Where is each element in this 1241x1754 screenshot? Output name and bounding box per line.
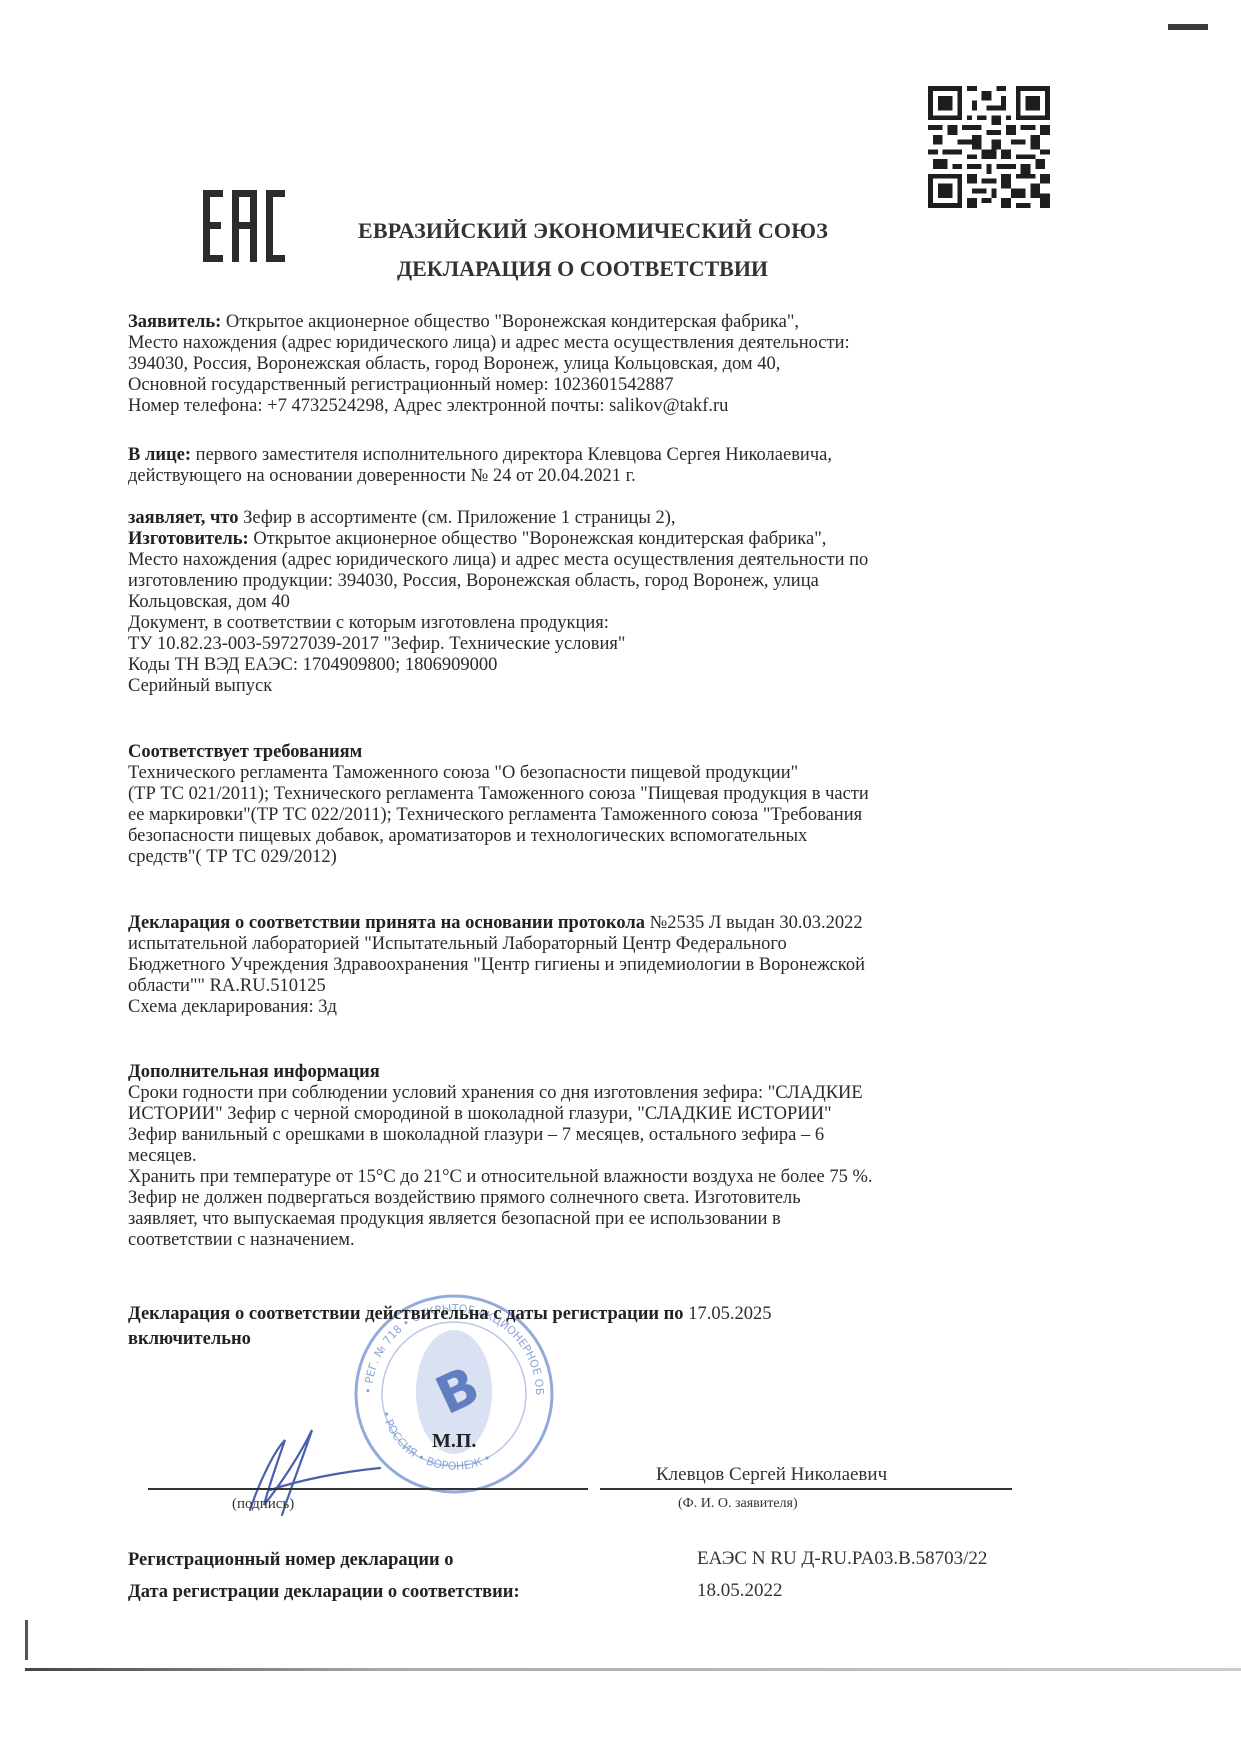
additional-info-section: Дополнительная информация Сроки годности… [128, 1062, 1088, 1251]
product-name: Зефир в ассортименте (см. Приложение 1 с… [239, 508, 676, 528]
qr-code-icon [928, 86, 1050, 208]
declaration-scheme: Схема декларирования: 3д [128, 997, 1088, 1018]
manufacturer-line: изготовлению продукции: 394030, Россия, … [128, 571, 1088, 592]
name-caption: (Ф. И. О. заявителя) [678, 1496, 798, 1512]
requirements-line: (ТР ТС 021/2011); Технического регламент… [128, 784, 1088, 805]
eac-logo-icon [203, 190, 285, 262]
additional-info-line: месяцев. [128, 1146, 1088, 1167]
additional-info-line: заявляет, что выпускаемая продукция явля… [128, 1209, 1088, 1230]
represented-by-text: первого заместителя исполнительного дире… [191, 445, 832, 465]
requirements-section: Соответствует требованиям Технического р… [128, 742, 1088, 868]
additional-info-line: соответствии с назначением. [128, 1230, 1088, 1251]
signature-line [148, 1488, 588, 1490]
applicant-contacts: Номер телефона: +7 4732524298, Адрес эле… [128, 396, 1088, 417]
applicant-label: Заявитель: [128, 312, 221, 332]
signature-caption: (подпись) [232, 1496, 294, 1513]
basis-section: Декларация о соответствии принята на осн… [128, 913, 1088, 1018]
requirements-line: безопасности пищевых добавок, ароматизат… [128, 826, 1088, 847]
applicant-ogrn: Основной государственный регистрационный… [128, 375, 1088, 396]
manufacturer-line: Документ, в соответствии с которым изгот… [128, 613, 1088, 634]
requirements-line: Технического регламента Таможенного союз… [128, 763, 1088, 784]
additional-info-line: Зефир не должен подвергаться воздействию… [128, 1188, 1088, 1209]
applicant-section: Заявитель: Открытое акционерное общество… [128, 312, 1088, 417]
basis-line: испытательной лабораторией "Испытательны… [128, 934, 1088, 955]
requirements-heading: Соответствует требованиям [128, 742, 1088, 763]
name-line [600, 1488, 1012, 1490]
validity-date: 17.05.2025 [684, 1304, 772, 1324]
additional-info-line: Зефир ванильный с орешками в шоколадной … [128, 1125, 1088, 1146]
scan-page-edge-bottom [25, 1668, 1241, 1671]
additional-info-line: ИСТОРИИ" Зефир с черной смородиной в шок… [128, 1104, 1088, 1125]
scan-corner-mark [1168, 24, 1208, 30]
represented-by-line: действующего на основании доверенности №… [128, 466, 1088, 487]
manufacturer-line: Место нахождения (адрес юридического лиц… [128, 550, 1088, 571]
represented-by-label: В лице: [128, 445, 191, 465]
basis-line: области"" RA.RU.510125 [128, 976, 1088, 997]
declares-label: заявляет, что [128, 508, 239, 528]
validity-section: Декларация о соответствии действительна … [128, 1304, 1088, 1350]
union-heading: ЕВРАЗИЙСКИЙ ЭКОНОМИЧЕСКИЙ СОЮЗ [358, 218, 828, 244]
signatory-name: Клевцов Сергей Николаевич [656, 1464, 887, 1486]
requirements-line: средств"( ТР ТС 029/2012) [128, 847, 1088, 868]
document-title: ДЕКЛАРАЦИЯ О СООТВЕТСТВИИ [397, 256, 768, 282]
requirements-line: ее маркировки"(ТР ТС 022/2011); Техничес… [128, 805, 1088, 826]
registration-number-value: ЕАЭС N RU Д-RU.PA03.B.58703/22 [697, 1548, 987, 1570]
applicant-address: 394030, Россия, Воронежская область, гор… [128, 354, 1088, 375]
registration-number-label: Регистрационный номер декларации о [128, 1550, 454, 1571]
scan-page-edge [25, 1620, 28, 1660]
registration-date-value: 18.05.2022 [697, 1580, 783, 1602]
manufacturer-label: Изготовитель: [128, 529, 249, 549]
manufacturer-line: Кольцовская, дом 40 [128, 592, 1088, 613]
applicant-name: Открытое акционерное общество "Воронежск… [221, 312, 799, 332]
basis-label: Декларация о соответствии принята на осн… [128, 913, 645, 933]
additional-info-line: Сроки годности при соблюдении условий хр… [128, 1083, 1088, 1104]
production-type: Серийный выпуск [128, 676, 1088, 697]
technical-spec: ТУ 10.82.23-003-59727039-2017 "Зефир. Те… [128, 634, 1088, 655]
basis-line: Бюджетного Учреждения Здравоохранения "Ц… [128, 955, 1088, 976]
manufacturer-name: Открытое акционерное общество "Воронежск… [249, 529, 827, 549]
validity-label: Декларация о соответствии действительна … [128, 1304, 684, 1324]
additional-info-line: Хранить при температуре от 15°С до 21°С … [128, 1167, 1088, 1188]
protocol-number: №2535 Л выдан 30.03.2022 [645, 913, 863, 933]
applicant-line: Место нахождения (адрес юридического лиц… [128, 333, 1088, 354]
represented-by-section: В лице: первого заместителя исполнительн… [128, 445, 1088, 487]
validity-inclusive: включительно [128, 1329, 1088, 1350]
manufacturer-section: заявляет, что Зефир в ассортименте (см. … [128, 508, 1088, 697]
stamp-mark-label: М.П. [432, 1430, 476, 1453]
hs-codes: Коды ТН ВЭД ЕАЭС: 1704909800; 1806909000 [128, 655, 1088, 676]
additional-info-heading: Дополнительная информация [128, 1062, 1088, 1083]
registration-date-label: Дата регистрации декларации о соответств… [128, 1582, 520, 1603]
